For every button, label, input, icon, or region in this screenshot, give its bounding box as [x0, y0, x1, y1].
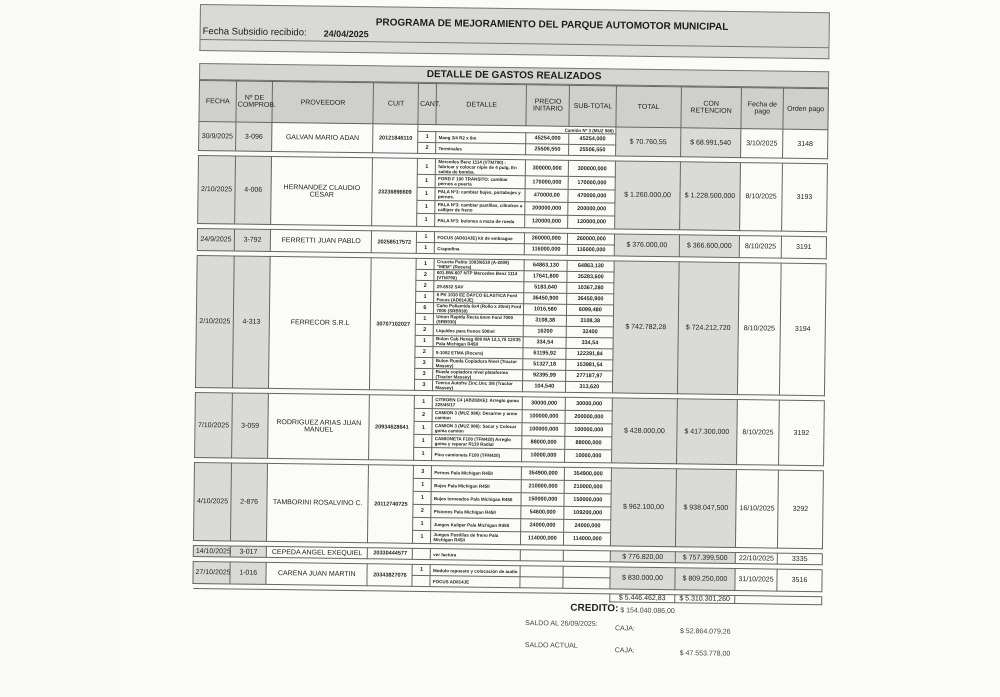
cant-cell: 1: [414, 447, 432, 460]
precio-cell: 45254,000: [526, 133, 569, 145]
subtotal-cell: 153981,54: [566, 359, 613, 371]
fecha-pago-cell: 8/10/2025: [740, 236, 782, 259]
cant-cell: 2: [416, 269, 434, 280]
cant-cell: 1: [418, 131, 436, 142]
subtotal-cell: 122391,84: [566, 348, 613, 360]
precio-cell: 16200: [524, 326, 567, 338]
subsidy-date: 24/04/2025: [324, 29, 369, 40]
cant-cell: 3: [415, 357, 433, 368]
precio-cell: 36450,900: [524, 293, 567, 305]
detalle-cell: Pernos Pala Michigan R45II: [432, 466, 522, 480]
cant-cell: 1: [413, 530, 431, 543]
cant-cell: 6: [416, 302, 434, 313]
subtotal-cell: 30000,000: [565, 397, 612, 411]
detalle-cell: Pistones Pala Michigan R45II: [431, 505, 521, 519]
cant-cell: 2: [415, 346, 433, 357]
total-cell: $ 830.000,00: [610, 567, 674, 590]
subtotal-cell: 334,54: [566, 337, 613, 349]
subtotal-cell: 10000,000: [565, 449, 612, 463]
cant-cell: 1: [414, 421, 432, 434]
comprob-cell: 3-059: [232, 393, 269, 458]
expense-sheet: PROGRAMA DE MEJORAMIENTO DEL PARQUE AUTO…: [192, 4, 830, 605]
document-title: PROGRAMA DE MEJORAMIENTO DEL PARQUE AUTO…: [376, 17, 729, 33]
cant-cell: 1: [417, 231, 435, 242]
proveedor-cell: TAMBORINI ROSALVINO C.: [267, 463, 369, 542]
saldo-actual-label: SALDO ACTUAL: [525, 642, 578, 650]
precio-cell: 51327,18: [523, 359, 566, 371]
precio-cell: 30000,000: [523, 397, 566, 411]
detalle-cell: CITROEN C4 (AB282KE): Arreglo goma 225/4…: [433, 396, 523, 410]
fecha-pago-cell: 31/10/2025: [735, 569, 777, 592]
subtotal-cell: 3108,38: [566, 315, 613, 327]
subtotal-cell: 88000,000: [565, 436, 612, 450]
cant-cell: 3: [414, 465, 432, 478]
precio-cell: 170000,000: [526, 176, 569, 190]
precio-cell: 100000,000: [522, 423, 565, 437]
subtotal-cell: 277187,97: [566, 370, 613, 382]
subtotal-cell: 114000,000: [564, 532, 611, 546]
cant-cell: 1: [417, 187, 435, 200]
column-header: CANT.: [418, 83, 437, 124]
fecha-pago-cell: 8/10/2025: [738, 263, 781, 396]
column-header: DETALLE: [436, 84, 527, 126]
detalle-cell: Rueda copiadora nivel plataforma (Tracto…: [433, 369, 523, 381]
subtotal-cell: [563, 577, 610, 589]
orden-pago-cell: 3516: [777, 569, 822, 592]
column-header: Fecha de pago: [741, 88, 783, 130]
cant-cell: 1: [414, 434, 432, 447]
subtotal-cell: 36450,900: [567, 293, 614, 305]
saldo-value: $ 52.864.079,26: [680, 628, 731, 636]
orden-pago-cell: 3292: [777, 470, 823, 549]
detalle-cell: PALA Nº3: cambiar pastillas, cilindros a…: [435, 201, 525, 215]
fecha-cell: 30/9/2025: [199, 121, 237, 150]
precio-cell: 104,540: [523, 381, 566, 393]
orden-pago-cell: 3191: [781, 236, 826, 259]
comprob-cell: 4-313: [233, 256, 271, 388]
con-retencion-cell: $ 938.047,500: [675, 469, 737, 548]
fecha-cell: 14/10/2025: [193, 545, 230, 556]
cuit-cell: 30707102027: [370, 258, 417, 391]
column-header: PRECIO INITARIO: [526, 85, 569, 127]
total-cell: $ 428.000,00: [612, 398, 677, 464]
cant-cell: [413, 548, 431, 559]
con-retencion-cell: $ 68.991,540: [680, 128, 741, 158]
fecha-pago-cell: 16/10/2025: [736, 470, 779, 549]
total-cell: $ 1.260.000,00: [615, 161, 680, 230]
precio-cell: 5183,640: [524, 282, 567, 294]
cant-cell: 2: [414, 408, 432, 421]
total-cell: $ 70.760,55: [616, 127, 680, 157]
detalle-cell: PALA Nº3: cambiar bujes, portabujes y pe…: [435, 188, 525, 202]
fecha-cell: 2/10/2025: [195, 255, 234, 387]
subtotal-cell: 260000,000: [568, 233, 615, 245]
comprob-cell: 1-016: [230, 562, 266, 584]
precio-cell: 200000,000: [525, 202, 568, 216]
cuit-cell: 20330444577: [368, 548, 413, 560]
proveedor-cell: FERRECOR S.R.L: [269, 256, 372, 389]
proveedor-cell: RODRIGUEZ ARIAS JUAN MANUEL: [268, 393, 370, 459]
cuit-cell: 20112740725: [368, 465, 414, 544]
cant-cell: 2: [418, 142, 436, 153]
saldo-actual-caja-label: CAJA:: [615, 647, 635, 654]
cant-cell: 1: [415, 395, 433, 408]
con-retencion-cell: $ 417.300,000: [676, 399, 738, 465]
detalle-cell: Juegos Pastillas de freno Pala Michigan …: [431, 531, 521, 545]
precio-cell: 100000,000: [522, 410, 565, 424]
cant-cell: 1: [417, 242, 435, 253]
con-retencion-cell: $ 1.228.500,000: [679, 162, 741, 231]
precio-cell: 17641,800: [524, 271, 567, 283]
precio-cell: 334,54: [523, 337, 566, 349]
cant-cell: 1: [416, 258, 434, 269]
detalle-cell: Bulon Rueda Copiadora Nivel (Tractor Mas…: [433, 358, 523, 370]
credito-value: $ 154.040.086,00: [620, 607, 675, 615]
subsidy-label: Fecha Subsidio recibido:: [203, 26, 307, 38]
detalle-cell: CAMION 3 (MUZ 986): Desarme y arme camio…: [432, 409, 522, 423]
fecha-pago-cell: 22/10/2025: [736, 553, 778, 565]
cuit-cell: 20934628641: [369, 395, 415, 461]
cuit-cell: 23236896609: [372, 158, 418, 227]
fecha-pago-cell: 8/10/2025: [737, 400, 779, 466]
detalle-cell: Bujes torneados Pala Michigan R45II: [431, 492, 521, 506]
column-header: SUB-TOTAL: [569, 85, 617, 127]
precio-cell: 300000,000: [526, 160, 569, 177]
precio-cell: 88000,000: [522, 436, 565, 450]
cant-cell: 1: [413, 517, 431, 530]
precio-cell: 114000,000: [521, 532, 564, 546]
precio-cell: 92395,99: [523, 370, 566, 382]
comprob-cell: 3-792: [234, 229, 270, 251]
orden-pago-cell: 3192: [778, 400, 824, 466]
precio-cell: [520, 566, 563, 578]
detalle-cell: Bujes Pala Michigan R45II: [432, 479, 522, 493]
precio-cell: [520, 577, 563, 589]
cant-cell: 1: [413, 491, 431, 504]
paper-left-margin: [0, 0, 121, 697]
subtotal-cell: 45254,000: [569, 133, 616, 145]
subtotal-cell: 120000,000: [568, 215, 615, 229]
con-retencion-cell: $ 757.399,500: [675, 552, 736, 564]
cuit-cell: 20121846110: [373, 124, 418, 154]
detalle-cell: Juegos Kaliper Pala Michigan R45II: [431, 518, 521, 532]
comprob-cell: 2-876: [231, 463, 268, 541]
column-header: TOTAL: [616, 86, 681, 128]
column-header: CON RETENCION: [680, 87, 741, 129]
orden-pago-cell: 3194: [779, 263, 826, 396]
subtotal-cell: 200000,000: [568, 202, 615, 216]
total-cell: $ 742.782,28: [613, 261, 679, 394]
saldo-caja-label: CAJA:: [615, 625, 635, 632]
proveedor-cell: HERNANDEZ CLAUDIO CESAR: [271, 156, 373, 225]
cant-cell: 1: [417, 213, 435, 226]
precio-cell: 24000,000: [521, 519, 564, 533]
cant-cell: 2: [413, 504, 431, 517]
proveedor-cell: GALVAN MARIO ADAN: [272, 122, 374, 152]
fecha-cell: 7/10/2025: [195, 392, 233, 457]
detalle-cell: CAMIONETA F100 (TFM420) Arreglo goma y r…: [432, 435, 522, 449]
detalle-cell: Union Rapida Recta 6mm Ford 7000 (SRB930…: [434, 314, 524, 326]
subtotal-cell: 6099,480: [567, 304, 614, 316]
precio-cell: 260000,000: [525, 233, 568, 245]
column-header: Nº DE COMPROB.: [236, 81, 273, 122]
column-header: CUIT: [373, 83, 419, 125]
cuit-cell: 20343827076: [367, 564, 412, 587]
precio-cell: 354900,000: [522, 467, 565, 481]
subtotal-cell: 35283,600: [567, 271, 614, 283]
expenses-table: FECHANº DE COMPROB.PROVEEDORCUITCANT.DET…: [192, 80, 829, 605]
cant-cell: 1: [412, 564, 430, 575]
fecha-cell: 4/10/2025: [193, 462, 231, 540]
fecha-pago-cell: 3/10/2025: [741, 129, 783, 159]
detalle-cell: Pico camioneta F100 (TFM420): [432, 448, 522, 462]
detalle-cell: Caño Poliamida 6x4 (Rollo x 20mt) Ford 7…: [434, 303, 524, 315]
subtotal-cell: [563, 550, 610, 562]
subtotal-cell: 170000,000: [568, 176, 615, 190]
detalle-cell: 601-BW-607 NTP Mercedes Benz 1114 (VTM79…: [434, 270, 524, 282]
cant-cell: 1: [414, 478, 432, 491]
credito-label: CREDITO:: [570, 603, 618, 615]
precio-cell: 1016,580: [524, 304, 567, 316]
column-header: FECHA: [199, 80, 237, 121]
con-retencion-cell: $ 809.250,000: [674, 568, 735, 591]
precio-cell: [521, 550, 564, 562]
subtotal-cell: 313,620: [566, 381, 613, 393]
precio-cell: 150000,000: [521, 493, 564, 507]
subtotal-cell: 354900,000: [564, 467, 611, 481]
fecha-cell: 2/10/2025: [198, 155, 236, 223]
precio-cell: 25506,550: [526, 144, 569, 156]
subtotal-cell: 300000,000: [568, 160, 615, 177]
cant-cell: [412, 575, 430, 586]
con-retencion-cell: $ 366.600,000: [679, 235, 740, 258]
cant-cell: 2: [416, 280, 434, 291]
detalle-cell: Cruceta Patito 1003/6518 (A-2009) "MEM" …: [434, 259, 524, 271]
total-cell: $ 776.820,00: [611, 551, 675, 563]
comprob-cell: 3-017: [230, 546, 266, 557]
column-header: PROVEEDOR: [272, 81, 374, 123]
fecha-cell: 27/10/2025: [193, 561, 230, 583]
fecha-pago-cell: 8/10/2025: [740, 163, 783, 232]
detalle-cell: Tuerca Autofre Zinc.Unc 3/8 (Tractor Mas…: [433, 380, 523, 392]
cuit-cell: 20258517572: [372, 231, 417, 254]
detalle-cell: 6 PK 1030 EE DAYCO ELASTICA Ford Focus (…: [434, 292, 524, 304]
saldo-actual-value: $ 47.553.778,00: [680, 650, 731, 658]
comprob-cell: 4-006: [235, 156, 272, 224]
subtotal-cell: 150000,000: [564, 493, 611, 507]
orden-pago-cell: 3193: [781, 163, 827, 232]
detalle-cell: PALA Nº3: bulones a maza de rueda: [435, 214, 525, 228]
precio-cell: 120000,000: [525, 215, 568, 229]
cant-cell: 3: [415, 379, 433, 390]
comprob-cell: 3-096: [236, 122, 272, 151]
subtotal-cell: 32400: [566, 326, 613, 338]
proveedor-cell: CARENA JUAN MARTIN: [266, 562, 368, 585]
total-cell: $ 376.000,00: [615, 234, 679, 257]
saldo-label: SALDO AL 26/09/2025:: [525, 620, 598, 628]
detalle-cell: FORD F 100 TRANSITO: cambiar pernos a pu…: [436, 175, 526, 189]
subtotal-cell: 100000,000: [565, 423, 612, 437]
cant-cell: 1: [415, 335, 433, 346]
cant-cell: 1: [416, 291, 434, 302]
con-retencion-cell: $ 724.212,720: [677, 262, 739, 395]
precio-cell: 61195,92: [523, 348, 566, 360]
subtotal-cell: 116000,000: [567, 244, 614, 256]
subtotal-cell: 25506,550: [569, 144, 616, 156]
cant-cell: 1: [418, 174, 436, 187]
subtotal-cell: 64863,130: [567, 260, 614, 272]
subtotal-cell: 24000,000: [564, 519, 611, 533]
fecha-cell: 24/9/2025: [197, 228, 234, 250]
cant-cell: 1: [417, 200, 435, 213]
detalle-cell: CAMION 3 (MUZ 986): Sacar y Colocar goma…: [432, 422, 522, 436]
subtotal-cell: 210000,000: [564, 480, 611, 494]
cant-cell: 3: [415, 368, 433, 379]
precio-cell: 116000,000: [525, 244, 568, 256]
precio-cell: 10000,000: [522, 449, 565, 463]
precio-cell: 64863,130: [524, 260, 567, 272]
precio-cell: 54600,000: [521, 506, 564, 520]
subtotal-cell: 200000,000: [565, 410, 612, 424]
subtotal-cell: [563, 566, 610, 578]
proveedor-cell: FERRETTI JUAN PABLO: [270, 229, 372, 252]
detalle-cell: Mercedes Benz 1114 (VTM790) : fabricar y…: [436, 159, 526, 176]
orden-pago-cell: 3148: [782, 129, 827, 159]
subtotal-cell: 470000,000: [568, 189, 615, 203]
orden-pago-cell: 3335: [777, 553, 822, 565]
cant-cell: 1: [416, 313, 434, 324]
cant-cell: 1: [418, 158, 436, 174]
detalle-cell: Bulon Cab.Hexag 808 MA 12,1,75 12X35 Pal…: [433, 336, 523, 348]
precio-cell: 210000,000: [522, 480, 565, 494]
subtotal-cell: 109200,000: [564, 506, 611, 520]
column-header: Orden pago: [783, 88, 829, 130]
precio-cell: 470000,00: [525, 189, 568, 203]
total-cell: $ 962.100,00: [611, 468, 676, 547]
subtotal-cell: 10367,280: [567, 282, 614, 294]
precio-cell: 3108,38: [524, 315, 567, 327]
balance-summary: CREDITO: $ 154.040.086,00 SALDO AL 26/09…: [525, 598, 826, 664]
cant-cell: 2: [416, 324, 434, 335]
